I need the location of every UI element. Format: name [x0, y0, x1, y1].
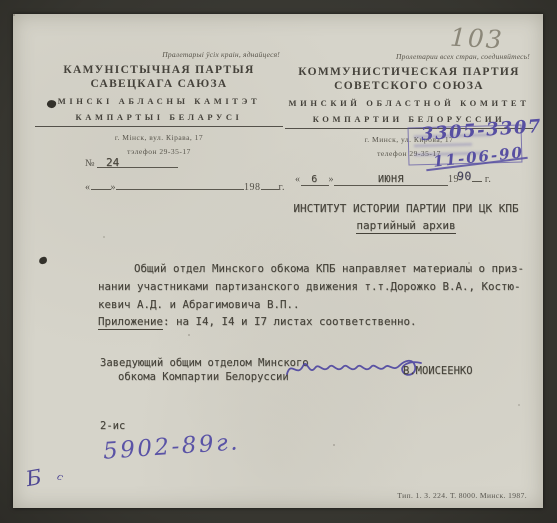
blank-date-line: «»198г.	[85, 178, 285, 193]
slogan-belarusian: Пралетарыі ўсіх краін, яднайцеся!	[35, 50, 283, 59]
ink-blot	[38, 256, 47, 265]
document-sheet: 103 Пралетарыі ўсіх краін, яднайцеся! КА…	[13, 14, 543, 508]
doc-number-line: № 24	[85, 156, 178, 169]
era-label: г.	[279, 182, 285, 193]
phone-line-belarusian: тэлефон 29-35-17	[35, 147, 283, 156]
date-day: 6	[311, 174, 318, 185]
recipient-line2: партийный архив	[356, 219, 455, 234]
print-shop-info: Тип. 1. З. 224. Т. 8000. Минск. 1987.	[397, 491, 527, 500]
number-label: №	[85, 158, 95, 169]
year-printed: 198	[244, 182, 261, 193]
body-line: кевич А.Д. и Абрагимовича В.П..	[98, 296, 540, 314]
copies-note: 2-ис	[100, 420, 125, 432]
signature-position-line2: обкома Компартии Белоруссии	[100, 370, 309, 384]
slogan-russian: Пролетарии всех стран, соединяйтесь!	[285, 52, 533, 61]
signature-position-line1: Заведующий общим отделом Минского	[100, 356, 309, 370]
attachment-label: Приложение	[98, 315, 163, 330]
party-title-belarusian-line1: КАМУНІСТЫЧНАЯ ПАРТЫЯ	[35, 64, 283, 78]
committee-belarusian-line2: КАМПАРТЫІ БЕЛАРУСІ	[35, 112, 283, 123]
party-title-russian-line1: КОММУНИСТИЧЕСКАЯ ПАРТИЯ	[285, 66, 533, 80]
signature-position: Заведующий общим отделом Минского обкома…	[100, 356, 309, 384]
attachment-text: : на I4, I4 и I7 листах соответственно.	[163, 315, 417, 328]
date-line: «6»ИЮНЯ1990 г.	[295, 170, 491, 186]
body-line: нании участниками партизанского движения…	[98, 278, 540, 296]
corner-mark-small-handwriting: с	[55, 471, 64, 483]
committee-belarusian-line1: МІНСКІ АБЛАСНЫ КАМІТЭТ	[35, 96, 283, 107]
doc-number-value: 24	[106, 156, 119, 169]
body-line: Общий отдел Минского обкома КПБ направля…	[98, 260, 540, 278]
recipient-line1: ИНСТИТУТ ИСТОРИИ ПАРТИИ ПРИ ЦК КПБ	[275, 200, 537, 217]
attachment-line: Приложение: на I4, I4 и I7 листах соотве…	[98, 315, 417, 328]
date-month: ИЮНЯ	[378, 174, 404, 185]
party-title-russian-line2: СОВЕТСКОГО СОЮЗА	[285, 80, 533, 94]
corner-mark-handwriting: Б	[24, 465, 43, 491]
date-year-written: 90	[457, 169, 472, 183]
party-title-belarusian-line2: САВЕЦКАГА САЮЗА	[35, 78, 283, 92]
committee-russian-line1: МИНСКИЙ ОБЛАСТНОЙ КОМИТЕТ	[285, 98, 533, 109]
page-number-pencil-note: 103	[449, 23, 504, 55]
outgoing-number-handwriting: 5902-89г.	[102, 429, 240, 464]
signature-name: В.МОИСЕЕНКО	[403, 365, 473, 377]
recipient-heading: ИНСТИТУТ ИСТОРИИ ПАРТИИ ПРИ ЦК КПБ парти…	[275, 200, 537, 234]
paper-specks	[13, 14, 15, 16]
address-line-belarusian: г. Мінск, вул. Кірава, 17	[35, 133, 283, 142]
letterhead-divider-rule	[35, 126, 283, 127]
body-paragraph: Общий отдел Минского обкома КПБ направля…	[98, 260, 540, 314]
letterhead-left: Пралетарыі ўсіх краін, яднайцеся! КАМУНІ…	[35, 50, 283, 156]
era-label: г.	[485, 174, 491, 185]
